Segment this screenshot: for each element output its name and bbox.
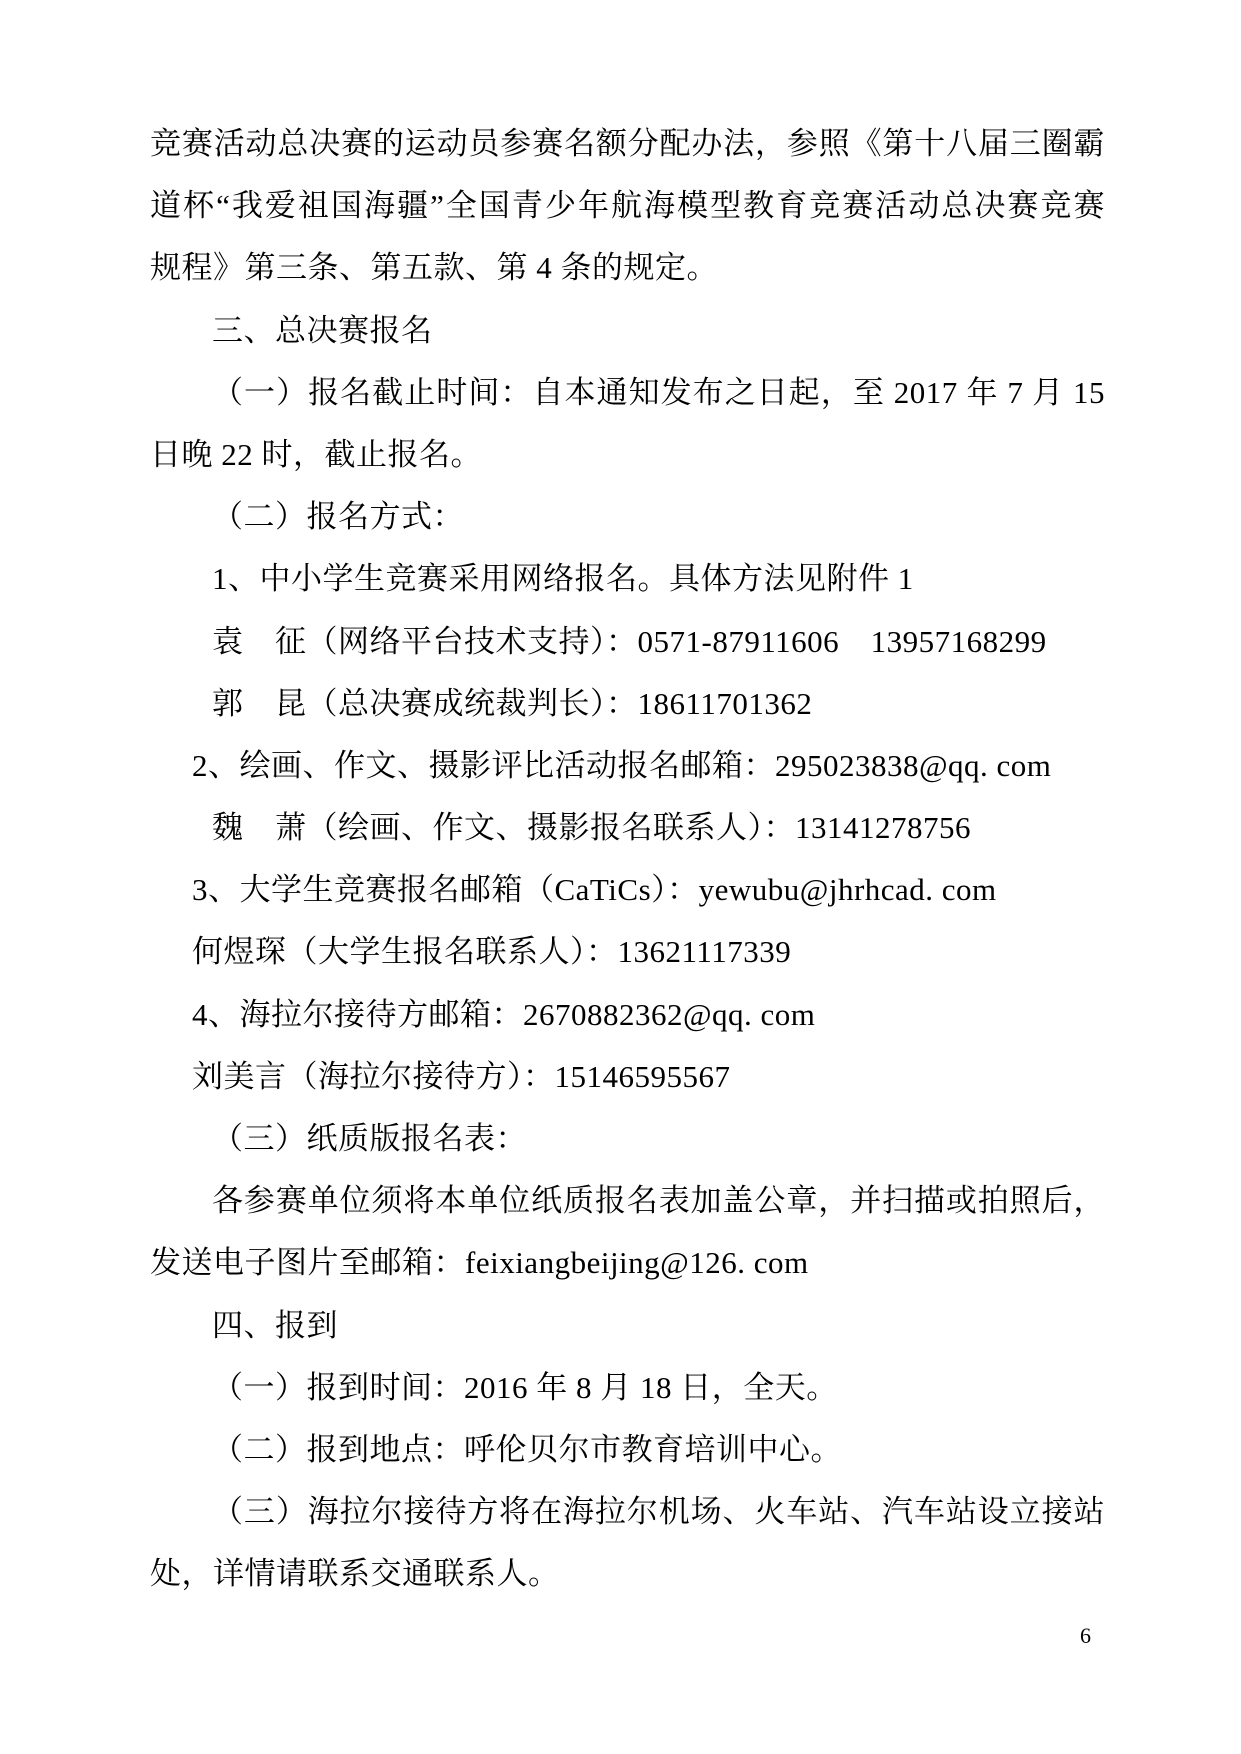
text-line: 魏 萧（绘画、作文、摄影报名联系人）：13141278756 <box>150 797 1105 859</box>
document-page: 竞赛活动总决赛的运动员参赛名额分配办法，参照《第十八届三圈霸道杯“我爱祖国海疆”… <box>0 0 1241 1754</box>
text-line: （三）纸质版报名表： <box>150 1108 1105 1170</box>
text-line: 处，详情请联系交通联系人。 <box>150 1543 1105 1605</box>
text-line: 日晚 22 时，截止报名。 <box>150 424 1105 486</box>
text-line: 道杯“我爱祖国海疆”全国青少年航海模型教育竞赛活动总决赛竞赛 <box>150 175 1105 237</box>
text-line: （一）报名截止时间：自本通知发布之日起，至 2017 年 7 月 15 <box>150 362 1105 424</box>
document-body: 竞赛活动总决赛的运动员参赛名额分配办法，参照《第十八届三圈霸道杯“我爱祖国海疆”… <box>150 113 1105 1606</box>
text-line: （二）报到地点：呼伦贝尔市教育培训中心。 <box>150 1419 1105 1481</box>
text-line: （二）报名方式： <box>150 486 1105 548</box>
text-line: 发送电子图片至邮箱：feixiangbeijing@126. com <box>150 1232 1105 1294</box>
text-line: 郭 昆（总决赛成统裁判长）：18611701362 <box>150 673 1105 735</box>
text-line: 刘美言（海拉尔接待方）：15146595567 <box>150 1046 1105 1108</box>
text-line: 各参赛单位须将本单位纸质报名表加盖公章，并扫描或拍照后， <box>150 1170 1105 1232</box>
text-line: 四、报到 <box>150 1295 1105 1357</box>
text-line: 3、大学生竞赛报名邮箱（CaTiCs）：yewubu@jhrhcad. com <box>150 859 1105 921</box>
text-line: （三）海拉尔接待方将在海拉尔机场、火车站、汽车站设立接站 <box>150 1481 1105 1543</box>
text-line: 2、绘画、作文、摄影评比活动报名邮箱：295023838@qq. com <box>150 735 1105 797</box>
text-line: 4、海拉尔接待方邮箱：2670882362@qq. com <box>150 984 1105 1046</box>
text-line: （一）报到时间：2016 年 8 月 18 日，全天。 <box>150 1357 1105 1419</box>
text-line: 三、总决赛报名 <box>150 300 1105 362</box>
text-line: 何煜琛（大学生报名联系人）：13621117339 <box>150 921 1105 983</box>
text-line: 竞赛活动总决赛的运动员参赛名额分配办法，参照《第十八届三圈霸 <box>150 113 1105 175</box>
text-line: 袁 征（网络平台技术支持）：0571-87911606 13957168299 <box>150 611 1105 673</box>
page-number: 6 <box>1080 1622 1091 1650</box>
text-line: 规程》第三条、第五款、第 4 条的规定。 <box>150 237 1105 299</box>
text-line: 1、中小学生竞赛采用网络报名。具体方法见附件 1 <box>150 548 1105 610</box>
